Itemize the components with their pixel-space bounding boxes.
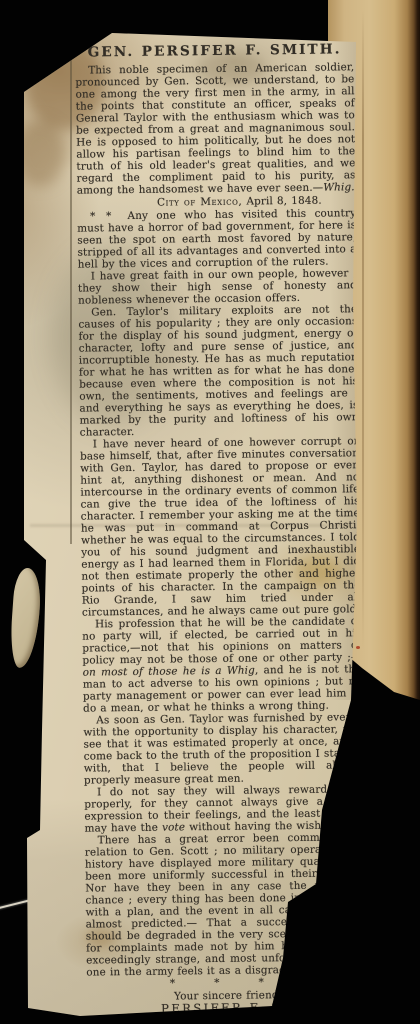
- stain: [14, 120, 66, 186]
- paragraph-8: I do not say they will always reward the…: [84, 783, 364, 834]
- paragraph-4: Gen. Taylor's military exploits are not …: [78, 303, 359, 438]
- photo-of-newspaper-clipping: GEN. PERSIFER F. SMITH.This noble specim…: [0, 0, 420, 1024]
- paragraph-1: This noble specimen of an American soldi…: [75, 61, 356, 196]
- book-page-crease: [362, 10, 364, 650]
- red-speck: [356, 646, 360, 649]
- paragraph-3: I have great faith in our own people, ho…: [78, 267, 357, 306]
- paragraph-7: As soon as Gen. Taylor was furnished by …: [83, 711, 363, 786]
- closing-signature: PERSIFER F. SMITH.: [87, 1000, 366, 1015]
- paragraph-6: His profession that he will be the candi…: [82, 615, 362, 714]
- paragraph-5: I have never heard of one however corrup…: [80, 435, 361, 618]
- paragraph-2: * * Any one who has visited this country…: [77, 207, 357, 270]
- paragraph-9: There has a great error been committed i…: [85, 831, 366, 978]
- torn-paper-fragment: [9, 567, 43, 669]
- article-body: GEN. PERSIFER F. SMITH.This noble specim…: [62, 42, 366, 1015]
- headline: GEN. PERSIFER F. SMITH.: [75, 42, 354, 60]
